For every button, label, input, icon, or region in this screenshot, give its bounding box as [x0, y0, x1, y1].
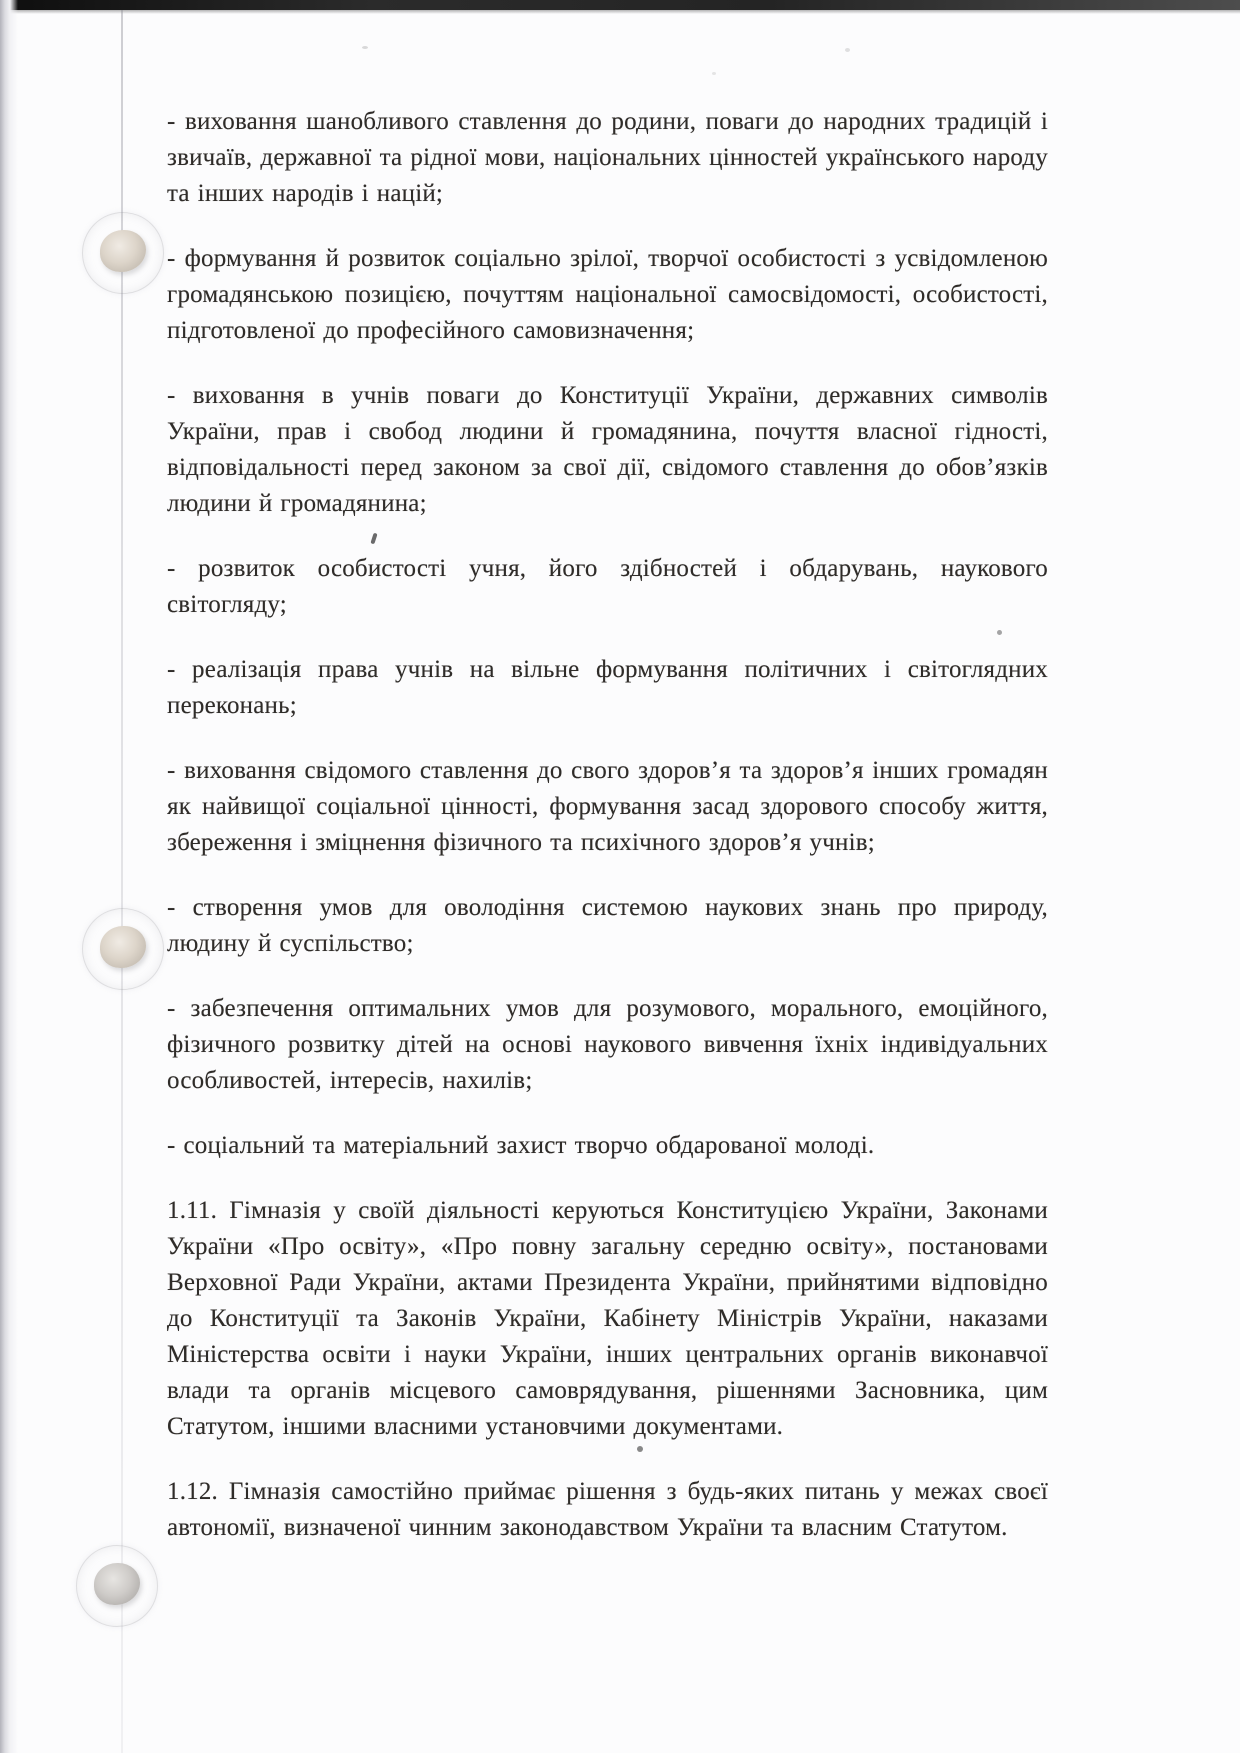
bullet-paragraph: - формування й розвиток соціально зрілої…: [167, 241, 1048, 349]
scan-speck: [362, 46, 368, 49]
bullet-paragraph: - забезпечення оптимальних умов для розу…: [167, 991, 1048, 1099]
bullet-paragraph: - розвиток особистості учня, його здібно…: [167, 551, 1048, 623]
scan-top-edge-shadow: [0, 0, 1240, 10]
bullet-paragraph: - виховання шанобливого ставлення до род…: [167, 104, 1048, 212]
bullet-paragraph: - створення умов для оволодіння системою…: [167, 890, 1048, 962]
scanned-document-page: - виховання шанобливого ставлення до род…: [0, 0, 1240, 1753]
bullet-paragraph: - виховання свідомого ставлення до свого…: [167, 753, 1048, 861]
numbered-paragraph-1-11: 1.11. Гімназія у своїй діяльності керуют…: [167, 1193, 1048, 1445]
paper-fastener-mark: [74, 204, 170, 300]
bullet-paragraph: - виховання в учнів поваги до Конституці…: [167, 378, 1048, 522]
paper-fastener-mark: [74, 900, 170, 996]
document-text-block: - виховання шанобливого ставлення до род…: [167, 104, 1048, 1546]
scan-left-edge-shadow: [0, 0, 18, 1753]
numbered-paragraph-1-12: 1.12. Гімназія самостійно приймає рішенн…: [167, 1474, 1048, 1546]
paper-fastener-mark: [68, 1537, 164, 1633]
bullet-paragraph: - соціальний та матеріальний захист твор…: [167, 1128, 1048, 1164]
scan-speck: [712, 72, 716, 75]
scan-speck: [845, 48, 850, 52]
bullet-paragraph: - реалізація права учнів на вільне форму…: [167, 652, 1048, 724]
